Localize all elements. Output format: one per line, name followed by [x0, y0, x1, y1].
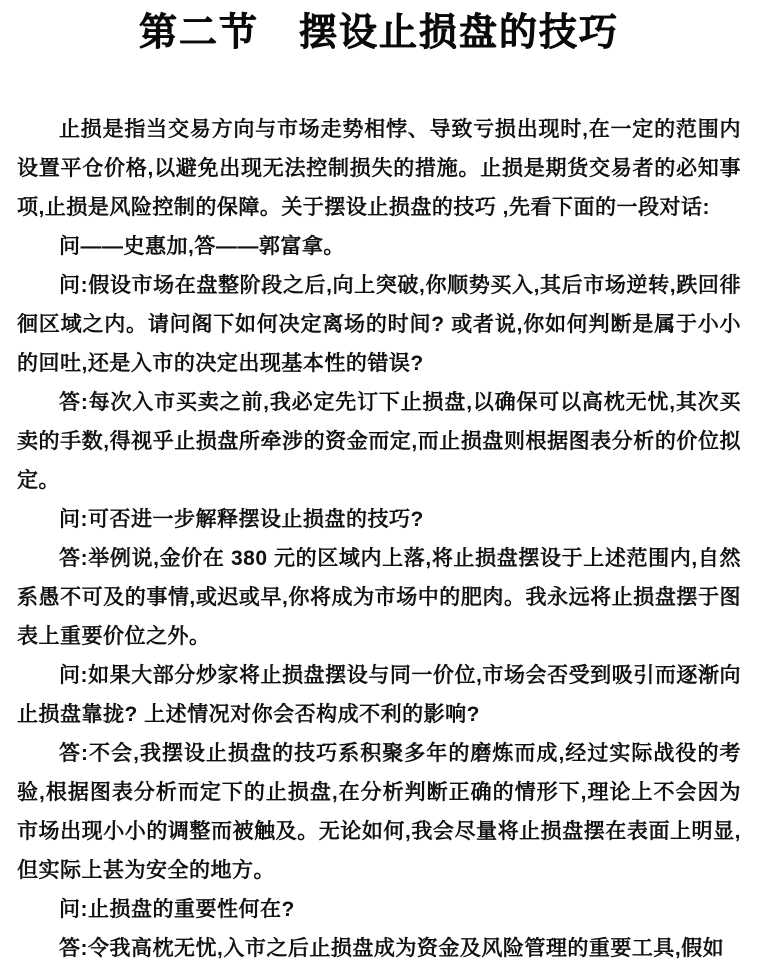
paragraph-question-1: 问:假设市场在盘整阶段之后,向上突破,你顺势买入,其后市场逆转,跌回徘徊区域之内… [17, 266, 741, 383]
paragraph-question-4: 问:止损盘的重要性何在? [17, 890, 741, 929]
page-body: 止损是指当交易方向与市场走势相悖、导致亏损出现时,在一定的范围内设置平仓价格,以… [17, 110, 741, 968]
paragraph-answer-3: 答:不会,我摆设止损盘的技巧系积聚多年的磨炼而成,经过实际战役的考验,根据图表分… [17, 734, 741, 890]
paragraph-speakers: 问——史惠加,答——郭富拿。 [17, 227, 741, 266]
paragraph-question-3: 问:如果大部分炒家将止损盘摆设与同一价位,市场会否受到吸引而逐渐向止损盘靠拢? … [17, 656, 741, 734]
paragraph-answer-2: 答:举例说,金价在 380 元的区域内上落,将止损盘摆设于上述范围内,自然系愚不… [17, 539, 741, 656]
paragraph-answer-1: 答:每次入市买卖之前,我必定先订下止损盘,以确保可以高枕无忧,其次买卖的手数,得… [17, 383, 741, 500]
paragraph-intro: 止损是指当交易方向与市场走势相悖、导致亏损出现时,在一定的范围内设置平仓价格,以… [17, 110, 741, 227]
paragraph-answer-4: 答:令我高枕无忧,入市之后止损盘成为资金及风险管理的重要工具,假如 [17, 929, 741, 968]
paragraph-question-2: 问:可否进一步解释摆设止损盘的技巧? [17, 500, 741, 539]
section-title: 第二节 摆设止损盘的技巧 [17, 8, 741, 58]
book-page: 第二节 摆设止损盘的技巧 止损是指当交易方向与市场走势相悖、导致亏损出现时,在一… [0, 0, 758, 969]
